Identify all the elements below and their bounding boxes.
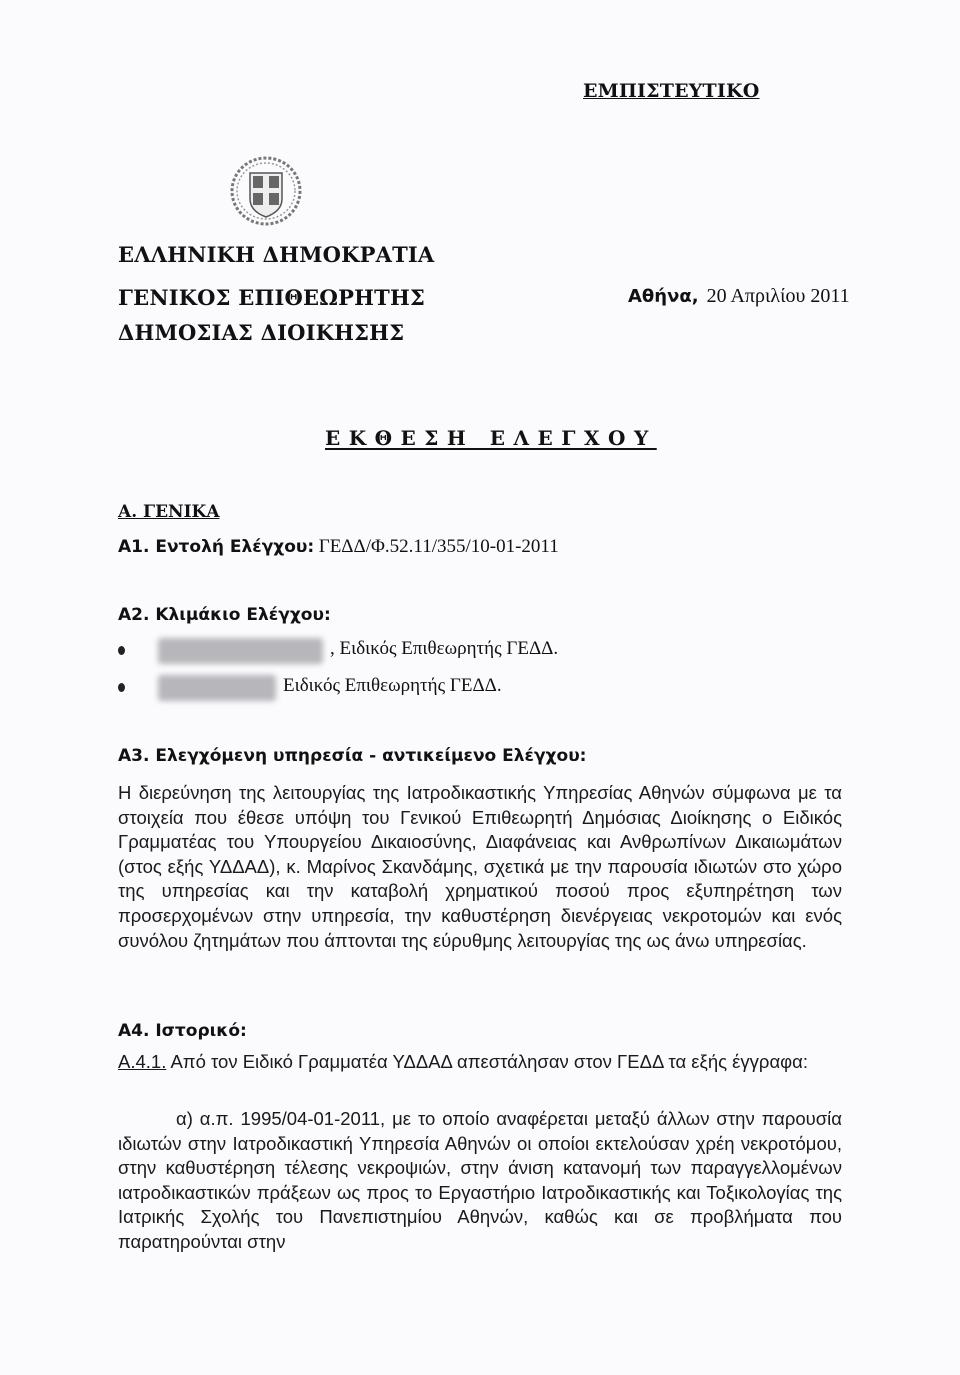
place-date: Αθήνα,20 Απριλίου 2011: [628, 285, 850, 308]
classification-label: ΕΜΠΙΣΤΕΥΤΙΚΟ: [583, 80, 759, 102]
audited-service-heading: Α3. Ελεγχόμενη υπηρεσία - αντικείμενο Ελ…: [118, 746, 586, 766]
member-role: , Ειδικός Επιθεωρητής ΓΕΔΔ.: [330, 638, 558, 660]
paragraph-text: Από τον Ειδικό Γραμματέα ΥΔΔΑΔ απεστάλησ…: [166, 1051, 808, 1072]
bullet-icon: [118, 683, 125, 692]
redacted-name: [158, 675, 276, 701]
team-member: , Ειδικός Επιθεωρητής ΓΕΔΔ.: [118, 638, 618, 666]
audited-service-body: Η διερεύνηση της λειτουργίας της Ιατροδι…: [118, 781, 842, 953]
member-role: Ειδικός Επιθεωρητής ΓΕΔΔ.: [283, 675, 502, 697]
history-item-a: α) α.π. 1995/04-01-2011, με το οποίο ανα…: [118, 1107, 842, 1255]
bullet-icon: [118, 646, 125, 655]
history-heading: Α4. Ιστορικό:: [118, 1021, 247, 1041]
paragraph-ref: Α.4.1.: [118, 1051, 166, 1072]
audit-order-label: Α1. Εντολή Ελέγχου:: [118, 537, 314, 557]
report-title: ΕΚΘΕΣΗ ΕΛΕΓΧΟΥ: [325, 426, 657, 450]
audit-team-heading: Α2. Κλιμάκιο Ελέγχου:: [118, 605, 331, 625]
team-member: Ειδικός Επιθεωρητής ΓΕΔΔ.: [118, 675, 618, 703]
audit-order: Α1. Εντολή Ελέγχου: ΓΕΔΔ/Φ.52.11/355/10-…: [118, 536, 559, 558]
place: Αθήνα,: [628, 286, 699, 307]
date: 20 Απριλίου 2011: [707, 285, 850, 307]
section-a-heading: Α. ΓΕΝΙΚΑ: [118, 502, 220, 522]
greek-coat-of-arms-icon: [228, 155, 304, 227]
audit-order-value: ΓΕΔΔ/Φ.52.11/355/10-01-2011: [319, 536, 559, 557]
redacted-name: [158, 638, 323, 664]
org-line-3: ΔΗΜΟΣΙΑΣ ΔΙΟΙΚΗΣΗΣ: [118, 320, 404, 345]
org-line-1: ΕΛΛΗΝΙΚΗ ΔΗΜΟΚΡΑΤΙΑ: [118, 242, 434, 267]
history-paragraph-1: Α.4.1. Από τον Ειδικό Γραμματέα ΥΔΔΑΔ απ…: [118, 1050, 842, 1075]
org-line-2: ΓΕΝΙΚΟΣ ΕΠΙΘΕΩΡΗΤΗΣ: [118, 285, 425, 310]
